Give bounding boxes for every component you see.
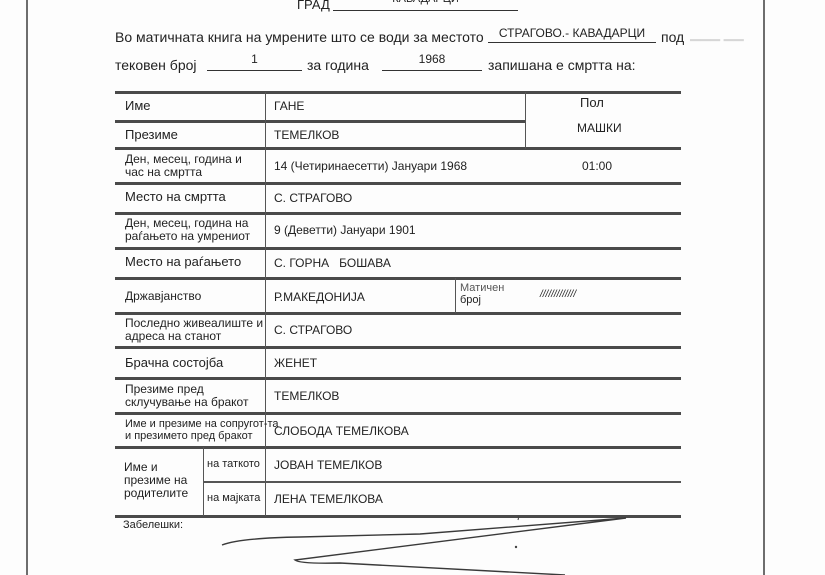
death-certificate-page: ▁▁▁ ▁▁ ГРАД КАВАДАРЦИ Во матичната книга… bbox=[0, 0, 825, 575]
notes-strike-line bbox=[0, 0, 825, 575]
